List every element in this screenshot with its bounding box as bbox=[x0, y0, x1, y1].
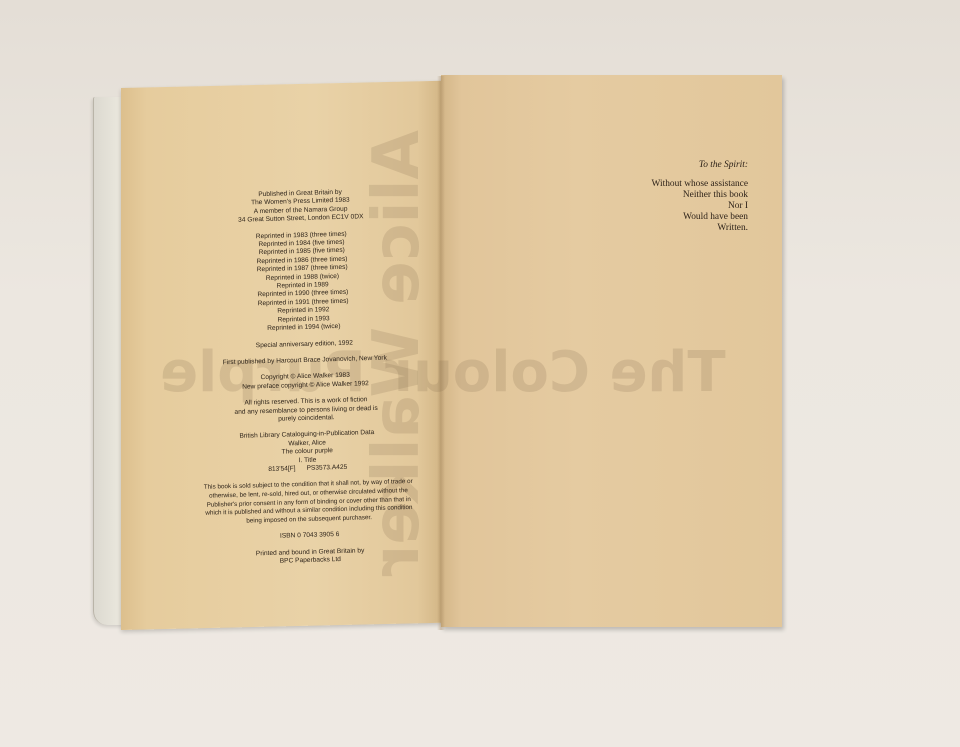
dedication-line: Nor I bbox=[652, 201, 748, 212]
printer-info: Printed and bound in Great Britain by BP… bbox=[180, 545, 440, 569]
isbn-line: ISBN 0 7043 3905 6 bbox=[180, 529, 440, 545]
dedication-line: Neither this book bbox=[652, 190, 748, 201]
dedication-heading: To the Spirit: bbox=[652, 160, 748, 171]
dedication-line: Would have been bbox=[652, 212, 748, 223]
rights-notice: All rights reserved. This is a work of f… bbox=[176, 394, 437, 426]
special-edition: Special anniversary edition, 1992 bbox=[174, 337, 434, 353]
photo-scene: Alice Walker The Colour Purple Published… bbox=[0, 0, 960, 747]
first-published: First published by Harcourt Brace Jovano… bbox=[175, 353, 435, 369]
first-published-line: First published by Harcourt Brace Jovano… bbox=[175, 353, 435, 369]
special-edition-line: Special anniversary edition, 1992 bbox=[174, 337, 434, 353]
dedication-line: Without whose assistance bbox=[652, 179, 748, 190]
copyright-notice: Copyright © Alice Walker 1983 New prefac… bbox=[175, 370, 435, 394]
isbn: ISBN 0 7043 3905 6 bbox=[180, 529, 440, 545]
sale-conditions: This book is sold subject to the conditi… bbox=[178, 478, 439, 528]
publisher-block: Published in Great Britain by The Women'… bbox=[170, 186, 431, 227]
reprint-history: Reprinted in 1983 (three times) Reprinte… bbox=[171, 228, 434, 336]
copyright-imprint: Published in Great Britain by The Women'… bbox=[170, 186, 441, 577]
dedication: To the Spirit: Without whose assistance … bbox=[652, 160, 748, 234]
dedication-line: Written. bbox=[652, 223, 748, 234]
cataloguing-data: British Library Cataloguing-in-Publicati… bbox=[177, 428, 438, 477]
